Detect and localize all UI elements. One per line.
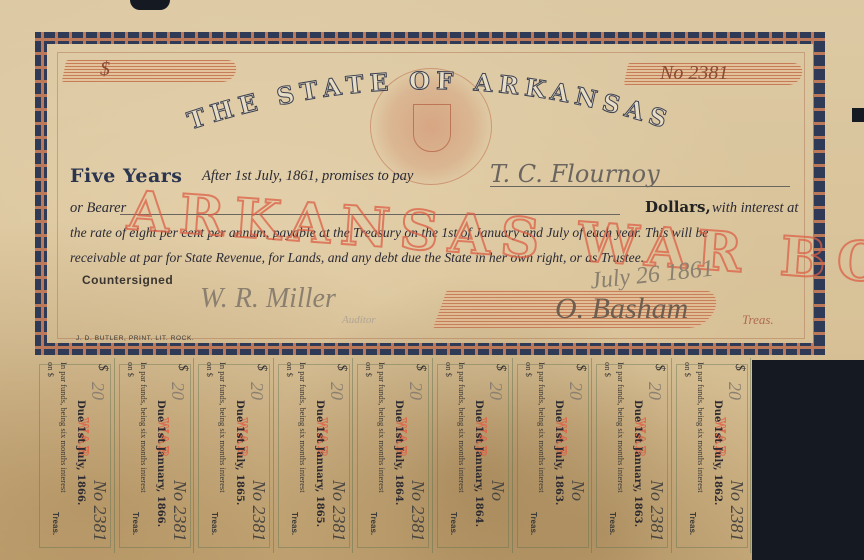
coupon: $20WARDue 1st July, 1864.In par funds, b… — [353, 358, 433, 553]
coupon-treas-label: Treas. — [210, 512, 219, 535]
coupon-treas-label: Treas. — [369, 512, 378, 535]
coupon-amount: 20 — [167, 382, 188, 400]
coupon-on-text: on $ — [524, 362, 534, 377]
coupon-amount: 20 — [87, 382, 108, 400]
dollar-sign: $ — [412, 364, 428, 371]
coupon-text: In par funds, being six months interest — [457, 362, 467, 493]
coupon: $20WARDue 1st July, 1863.In par funds, b… — [513, 358, 593, 553]
torn-edge — [130, 0, 170, 10]
coupon-on-text: on $ — [126, 362, 136, 377]
dollar-sign: $ — [174, 364, 190, 371]
coupon-number: No — [487, 480, 508, 501]
coupon-amount: 20 — [326, 382, 347, 400]
amount-ribbon-text: $ — [100, 58, 110, 81]
coupon-treas-label: Treas. — [131, 512, 140, 535]
coupon-due-date: Due 1st January, 1864. — [473, 400, 484, 527]
coupon-number: No 2381 — [407, 480, 428, 542]
coupon-text: In par funds, being six months interest — [377, 362, 387, 493]
promise-text: After 1st July, 1861, promises to pay — [202, 168, 413, 185]
coupon-number: No 2381 — [169, 480, 190, 542]
coupon-on-text: on $ — [603, 362, 613, 377]
coupon-number: No 2381 — [646, 480, 667, 542]
auditor-label: Auditor — [342, 314, 376, 326]
svg-text:THE STATE OF ARKANSAS: THE STATE OF ARKANSAS — [184, 68, 677, 135]
coupon-on-text: on $ — [364, 362, 374, 377]
coupon-on-text: on $ — [683, 362, 693, 377]
coupon: $20WARDue 1st July, 1865.In par funds, b… — [194, 358, 274, 553]
coupon-number: No — [567, 480, 588, 501]
missing-corner-background — [752, 360, 864, 560]
dollar-sign: $ — [253, 364, 269, 371]
coupon-number: No 2381 — [328, 480, 349, 542]
coupon-on-text: on $ — [205, 362, 215, 377]
coupon-due-date: Due 1st July, 1866. — [75, 400, 86, 505]
coupon: $20WARDue 1st January, 1865.In par funds… — [274, 358, 354, 553]
coupon-text: In par funds, being six months interest — [696, 362, 706, 493]
arched-title: THE STATE OF ARKANSAS — [180, 68, 680, 138]
coupon-due-date: Due 1st July, 1864. — [393, 400, 404, 505]
treasurer-signature: O. Basham — [555, 292, 688, 326]
coupon-text: In par funds, being six months interest — [139, 362, 149, 493]
coupon-text: In par funds, being six months interest — [298, 362, 308, 493]
payee-rule — [490, 186, 790, 187]
coupon-text: In par funds, being six months interest — [616, 362, 626, 493]
coupon-amount: 20 — [246, 382, 267, 400]
coupon-on-text: on $ — [46, 362, 56, 377]
dollar-sign: $ — [651, 364, 667, 371]
coupon-due-date: Due 1st July, 1863. — [553, 400, 564, 505]
coupon-due-date: Due 1st January, 1865. — [314, 400, 325, 527]
document-title: THE STATE OF ARKANSAS — [180, 68, 680, 138]
dollar-sign: $ — [572, 364, 588, 371]
coupon-text: In par funds, being six months interest — [59, 362, 69, 493]
coupon-treas-label: Treas. — [688, 512, 697, 535]
bearer-label: or Bearer — [70, 200, 126, 217]
coupon: $20WARDue 1st January, 1863.In par funds… — [592, 358, 672, 553]
coupon-treas-label: Treas. — [449, 512, 458, 535]
coupon: $20WARDue 1st July, 1862.In par funds, b… — [672, 358, 752, 553]
coupon-number: No 2381 — [726, 480, 747, 542]
torn-edge — [852, 108, 864, 122]
treasurer-label: Treas. — [742, 312, 774, 328]
auditor-signature: W. R. Miller — [200, 283, 336, 315]
coupon-due-date: Due 1st July, 1865. — [234, 400, 245, 505]
dollar-sign: $ — [94, 364, 110, 371]
countersigned-label: Countersigned — [82, 273, 173, 287]
coupon: $20WARDue 1st January, 1864.In par funds… — [433, 358, 513, 553]
coupon-strip: $20WARDue 1st July, 1866.In par funds, b… — [35, 358, 752, 558]
coupon: $20WARDue 1st July, 1866.In par funds, b… — [35, 358, 115, 553]
coupon-treas-label: Treas. — [290, 512, 299, 535]
dollars-label: Dollars, — [645, 198, 711, 216]
dollar-sign: $ — [333, 364, 349, 371]
coupon-due-date: Due 1st January, 1863. — [632, 400, 643, 527]
coupon-on-text: on $ — [444, 362, 454, 377]
coupon-text: In par funds, being six months interest — [537, 362, 547, 493]
coupon-amount: 20 — [644, 382, 665, 400]
coupon-amount: 20 — [485, 382, 506, 400]
interest-text: with interest at — [712, 200, 798, 217]
coupon-amount: 20 — [405, 382, 426, 400]
coupon-amount: 20 — [724, 382, 745, 400]
coupon-text: In par funds, being six months interest — [218, 362, 228, 493]
coupon: $20WARDue 1st January, 1866.In par funds… — [115, 358, 195, 553]
coupon-treas-label: Treas. — [608, 512, 617, 535]
coupon-treas-label: Treas. — [51, 512, 60, 535]
dollar-sign: $ — [492, 364, 508, 371]
coupon-treas-label: Treas. — [529, 512, 538, 535]
coupon-on-text: on $ — [285, 362, 295, 377]
coupon-amount: 20 — [565, 382, 586, 400]
payee-name: T. C. Flournoy — [490, 160, 660, 188]
coupon-due-date: Due 1st January, 1866. — [155, 400, 166, 527]
dollar-sign: $ — [731, 364, 747, 371]
coupon-due-date: Due 1st July, 1862. — [712, 400, 723, 505]
printer-credit: J. D. BUTLER, PRINT. LIT. ROCK. — [76, 335, 194, 342]
coupon-number: No 2381 — [248, 480, 269, 542]
coupon-number: No 2381 — [89, 480, 110, 542]
